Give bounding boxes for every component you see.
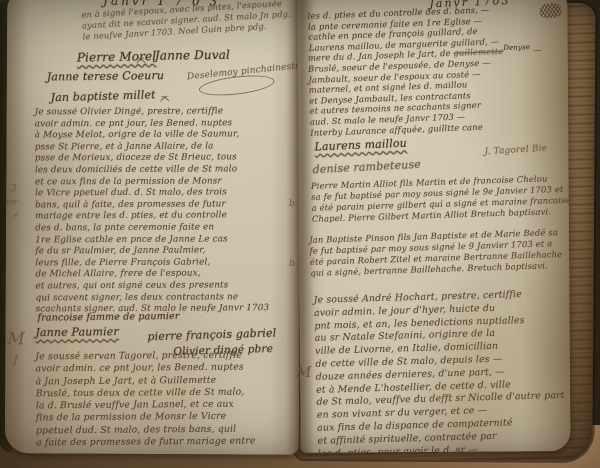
signature-pierre-francois-gabriel: pierre françois gabriel xyxy=(147,326,276,343)
dispensation-act-stefanini: Je soussé André Hochart, prestre, certif… xyxy=(313,288,566,461)
signature-janne-duval: Janne Duval xyxy=(155,48,230,63)
margin-letter-m: M xyxy=(7,329,25,349)
crosshatch-scribble-mark xyxy=(539,2,562,19)
margin-note: e xyxy=(14,211,18,219)
paraph-mark xyxy=(135,54,147,66)
signature-laurens-maillou: Laurens maillou xyxy=(314,137,407,154)
baptism-act-pinson: Jan Baptiste Pinson fils Jan Baptiste et… xyxy=(309,227,563,279)
manuscript-line: les deux domiciliés de cette ville de St… xyxy=(35,164,269,177)
signature-tagorel: J. Tagorel Bie xyxy=(484,144,547,158)
manuscript-line: à Moyse Melot, origre de la ville de Sau… xyxy=(35,129,269,142)
signature-jan-baptiste-millet: Jan baptiste millet xyxy=(50,88,155,104)
struck-word: guillemette xyxy=(453,46,503,58)
paraph-mark xyxy=(159,92,171,104)
continuation-lines-lower: Bruslé, soeur de l'espousée, de Denyse —… xyxy=(308,57,493,137)
signature-janne-paumier: Janne Paumier xyxy=(35,325,119,339)
signature-janne-terese-coeuru: Janne terese Coeuru xyxy=(47,69,164,83)
marriage-act-lejart-brusle: Je soussé servan Tagorel, prestre, certi… xyxy=(35,349,255,449)
photograph-of-open-register-book: Janvr 1 7 0 3 en à signé l'espoux, avec … xyxy=(0,0,600,468)
margin-note: mr xyxy=(6,197,17,206)
strike-line-suffix: — xyxy=(530,45,542,55)
left-page: Janvr 1 7 0 3 en à signé l'espoux, avec … xyxy=(5,0,301,455)
inserted-word: Denyse xyxy=(503,43,530,52)
margin-note-b: b. xyxy=(289,259,298,269)
signature-denise: denise rambeteuse xyxy=(312,158,421,176)
right-page: Janvr 1703 les d. pties et du controlle … xyxy=(297,0,570,453)
manuscript-line: a faite des promesses de futur mariage e… xyxy=(36,436,255,450)
margin-note: 3 xyxy=(10,183,16,194)
signature-francoise-paumier: francoise famme de paumier xyxy=(37,311,179,324)
continuation-lines-upper: les d. pties et du controlle des d. bans… xyxy=(308,4,500,53)
margin-letter-m: M xyxy=(296,363,311,381)
manuscript-line: avoir admin. ce pnt jour, les Bened. nup… xyxy=(35,362,254,376)
baptism-act-alliot: Pierre Martin Alliot fils Martin et de f… xyxy=(311,173,571,225)
marriage-act-melot-allaire: Je soussé Olivier Dingé, prestre, certif… xyxy=(35,106,270,316)
margin-note: J xyxy=(13,353,17,366)
margin-note-b: b. xyxy=(289,199,298,209)
